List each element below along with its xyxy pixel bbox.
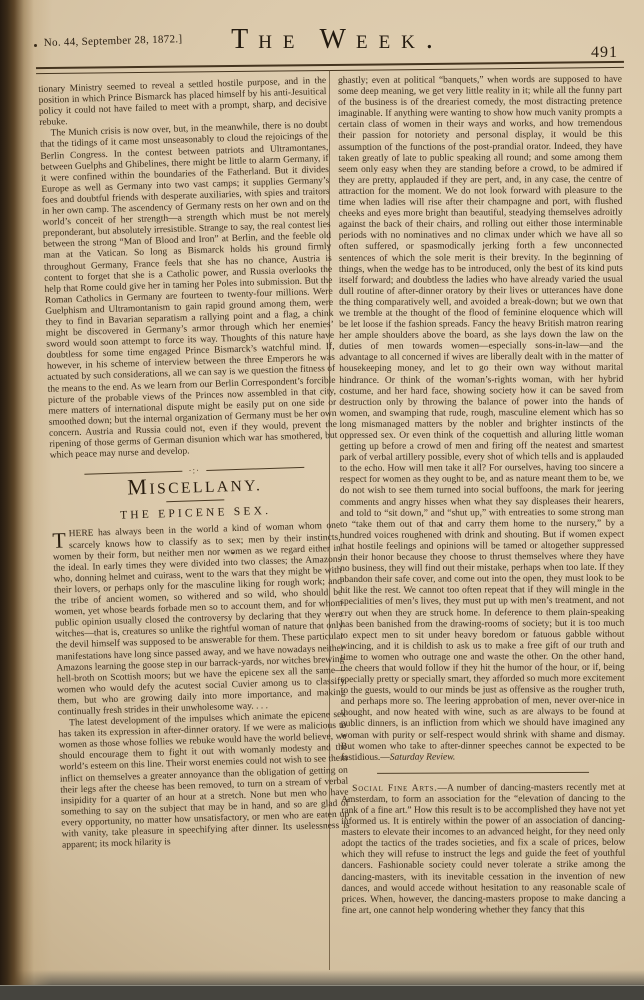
masthead-initial: W xyxy=(320,24,356,55)
attribution: Saturday Review. xyxy=(390,752,455,762)
article-paragraph: The Munich crisis is now over, but, in t… xyxy=(40,120,338,462)
article-paragraph: The latest development of the impulses w… xyxy=(58,710,350,852)
scanned-page: No. 44, September 28, 1872.] THEWEEK. 49… xyxy=(0,0,644,1000)
article-paragraph: THERE has always been in the world a kin… xyxy=(52,521,346,719)
ornament-icon: ·:· xyxy=(182,465,206,477)
heading-underline xyxy=(166,500,224,503)
miscellany-heading-block: ·:· MISCELLANY. THE EPICENE SEX. xyxy=(50,461,340,524)
page-number: 491 xyxy=(591,44,618,62)
left-column: tionary Ministry seemed to reveal a sett… xyxy=(38,76,350,852)
ink-speck xyxy=(34,44,37,47)
masthead-word: HE xyxy=(258,32,305,53)
note-paragraph: Social Fine Arts.—A number of dancing-ma… xyxy=(341,783,626,917)
book-bottom-edge xyxy=(0,985,644,1000)
ink-speck xyxy=(232,552,234,554)
ink-speck xyxy=(440,524,442,526)
rule-line xyxy=(206,467,304,471)
right-column: ghastly; even at political “banquets,” w… xyxy=(338,75,626,917)
masthead-initial: T xyxy=(231,24,258,55)
masthead-period: . xyxy=(426,24,443,55)
drop-cap: T xyxy=(52,530,69,551)
section-separator-rule xyxy=(377,772,589,774)
note-lead: Social Fine Arts. xyxy=(352,783,437,793)
article-paragraph: ghastly; even at political “banquets,” w… xyxy=(338,75,625,764)
masthead-word: EEK xyxy=(356,32,426,53)
masthead: THEWEEK. xyxy=(150,24,524,56)
